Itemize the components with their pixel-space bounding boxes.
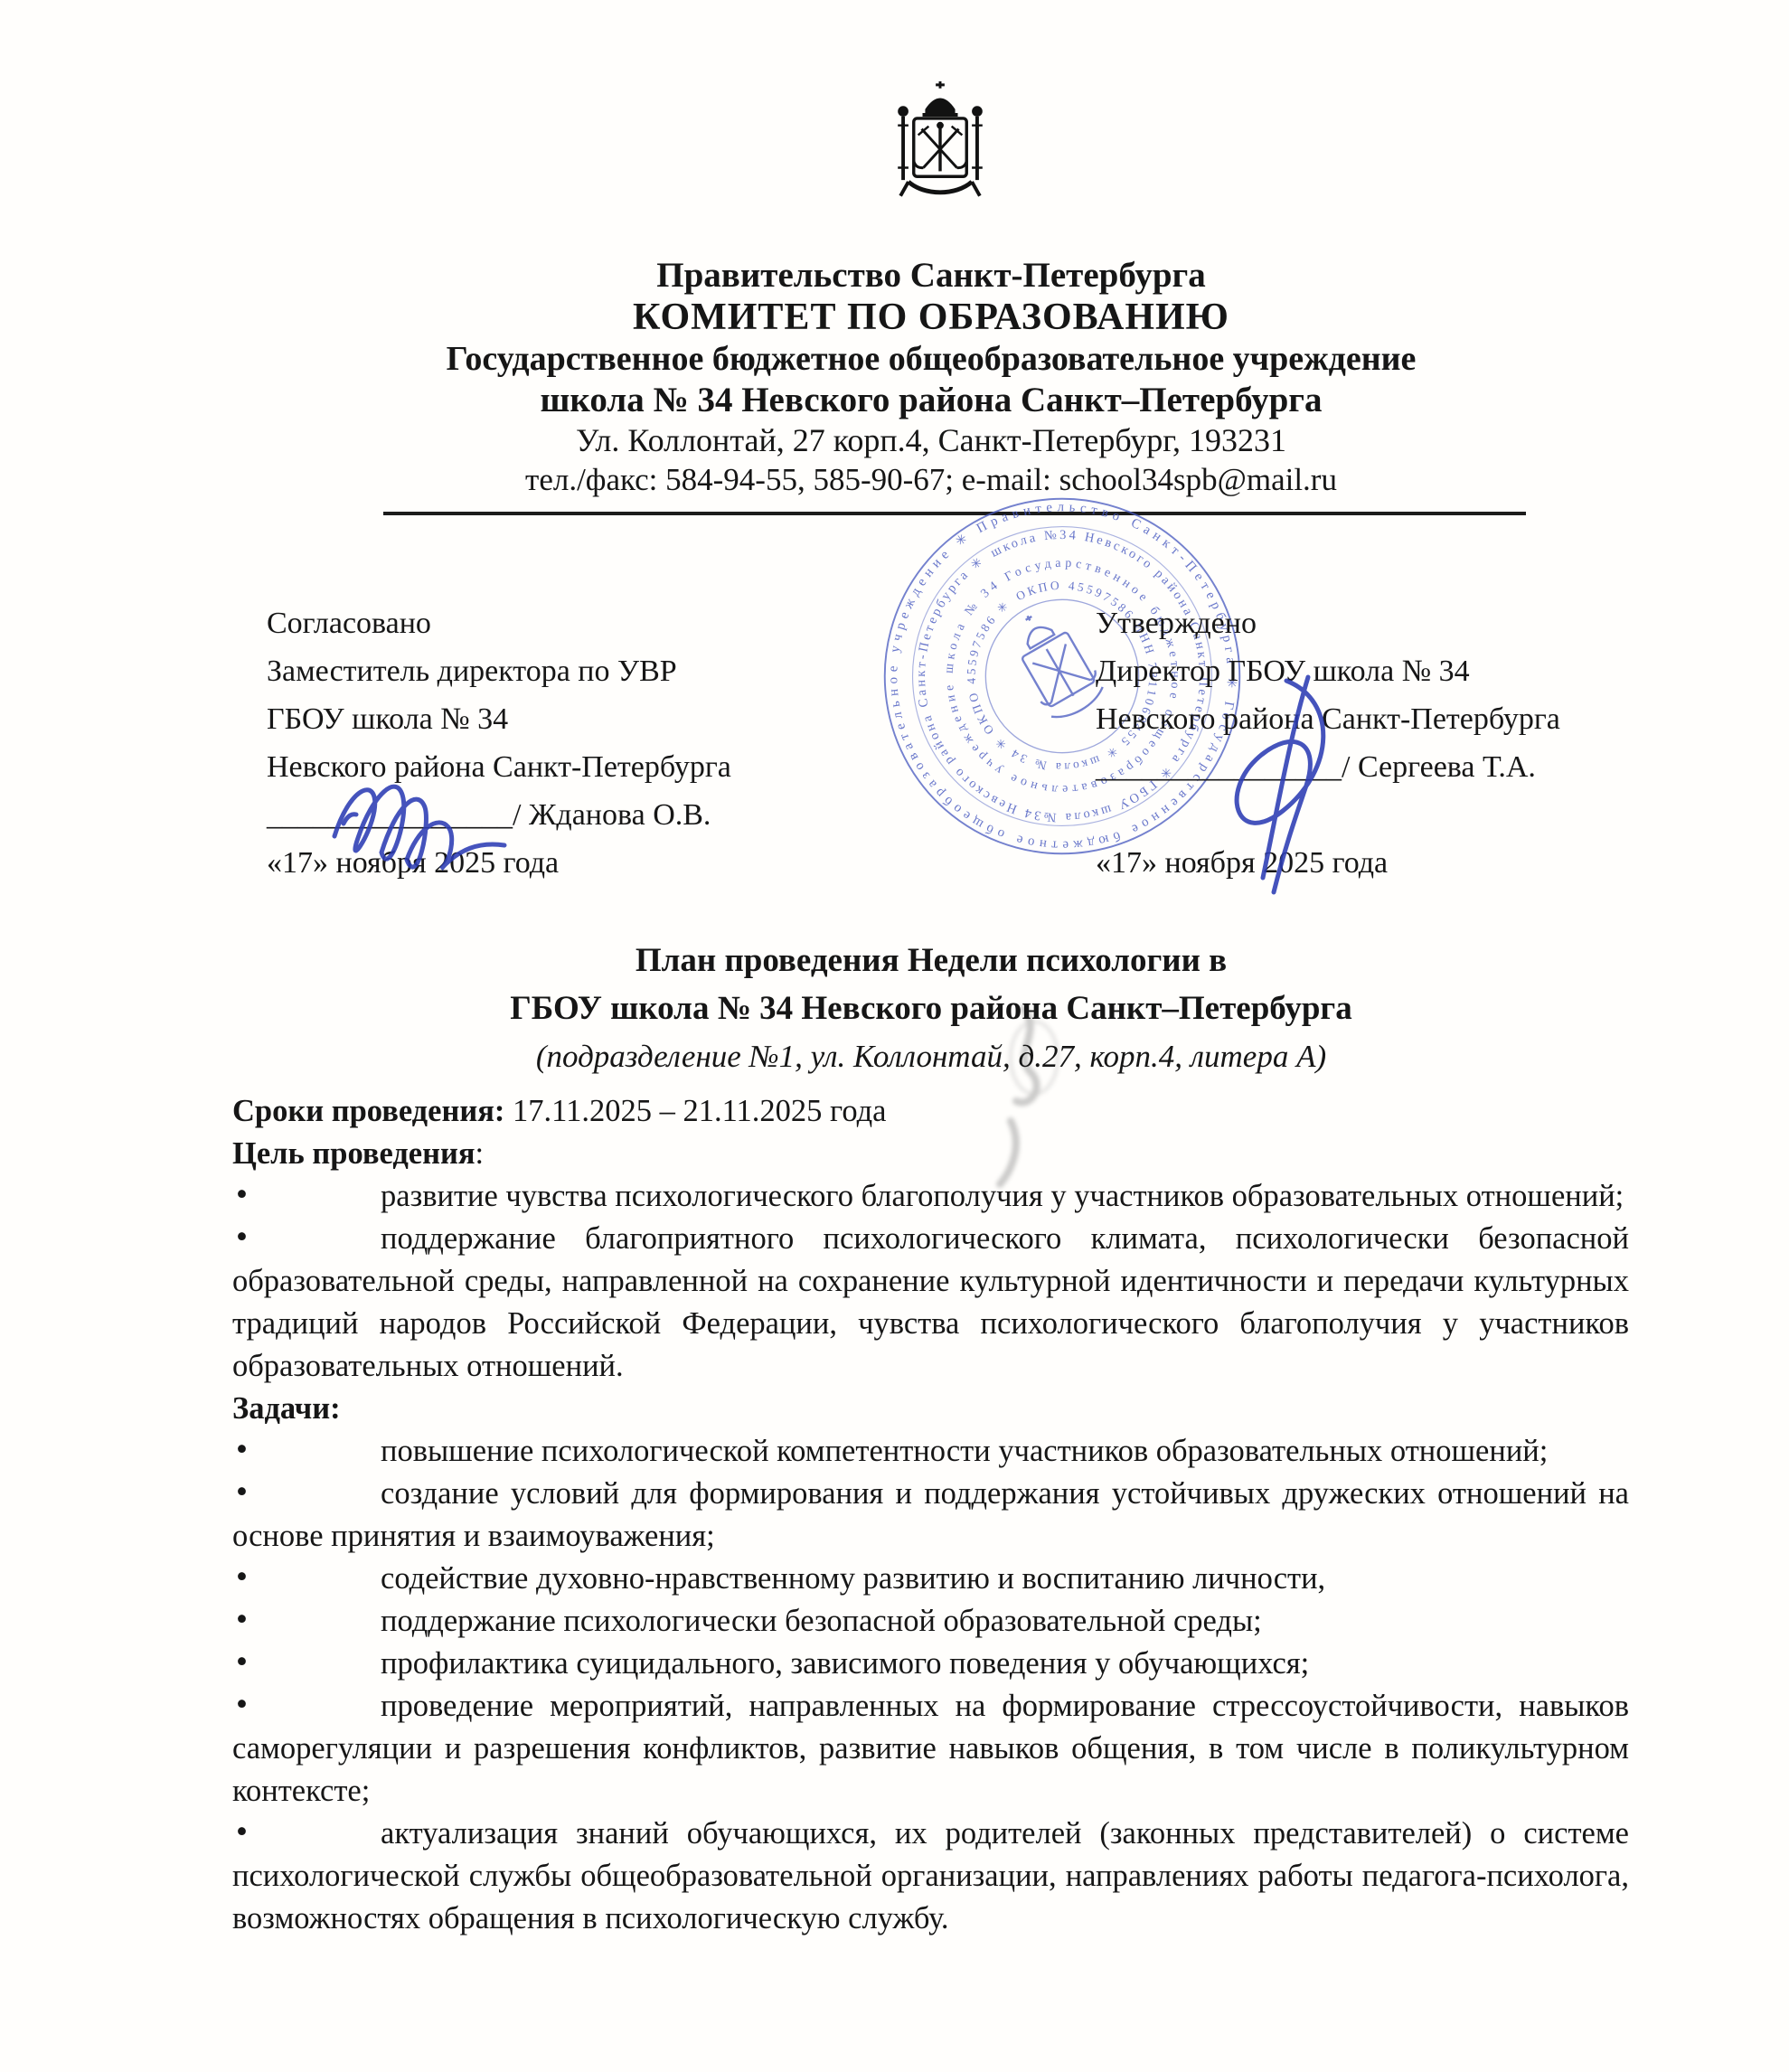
letterhead-address: Ул. Коллонтай, 27 корп.4, Санкт-Петербур…	[163, 420, 1700, 460]
task-item: •профилактика суицидального, зависимого …	[232, 1643, 1629, 1685]
approval-right-position: Директор ГБОУ школа № 34	[1096, 655, 1674, 702]
approval-right-column: Утверждено Директор ГБОУ школа № 34 Невс…	[1096, 607, 1674, 894]
bullet-icon: •	[236, 1598, 248, 1641]
approval-left-position: Заместитель директора по УВР	[267, 655, 936, 702]
title-line-1: План проведения Недели психологии в	[163, 937, 1700, 984]
goal-item: •поддержание благоприятного психологичес…	[232, 1218, 1629, 1388]
letterhead-school: школа № 34 Невского района Санкт–Петербу…	[163, 380, 1700, 420]
spb-coat-of-arms-icon	[868, 80, 1012, 221]
title-line-2: ГБОУ школа № 34 Невского района Санкт–Пе…	[163, 984, 1700, 1032]
bullet-icon: •	[236, 1173, 248, 1216]
approval-right-date: «17» ноября 2025 года	[1096, 846, 1674, 894]
signature-sergeeva-icon	[1198, 663, 1365, 911]
goal-heading: Цель проведения:	[232, 1133, 1629, 1175]
task-item: •поддержание психологически безопасной о…	[232, 1600, 1629, 1643]
letterhead: Правительство Санкт-Петербурга КОМИТЕТ П…	[163, 255, 1700, 500]
bullet-icon: •	[236, 1811, 248, 1853]
document-title: План проведения Недели психологии в ГБОУ…	[163, 937, 1700, 1080]
approval-right-spacer	[1096, 798, 1674, 846]
stamp-coat-of-arms-icon	[1001, 600, 1109, 725]
task-item: •создание условий для формирования и под…	[232, 1473, 1629, 1558]
letterhead-committee: КОМИТЕТ ПО ОБРАЗОВАНИЮ	[163, 297, 1700, 339]
document-body: Сроки проведения: 17.11.2025 – 21.11.202…	[232, 1090, 1629, 1940]
tasks-heading: Задачи:	[232, 1388, 1629, 1430]
bullet-icon: •	[236, 1641, 248, 1683]
approval-left-school: ГБОУ школа № 34	[267, 702, 936, 750]
letterhead-contacts: тел./факс: 584-94-55, 585-90-67; e-mail:…	[163, 460, 1700, 500]
approval-right-signature-line: ________________/ Сергеева Т.А.	[1096, 750, 1674, 798]
bullet-icon: •	[236, 1556, 248, 1598]
bullet-icon: •	[236, 1428, 248, 1471]
scanned-document-page: Правительство Санкт-Петербурга КОМИТЕТ П…	[0, 0, 1789, 2072]
letterhead-government: Правительство Санкт-Петербурга	[163, 255, 1700, 297]
approval-right-status: Утверждено	[1096, 607, 1674, 655]
dates-paragraph: Сроки проведения: 17.11.2025 – 21.11.202…	[232, 1090, 1629, 1133]
approval-left-status: Согласовано	[267, 607, 936, 655]
bullet-icon: •	[236, 1216, 248, 1258]
letterhead-institution: Государственное бюджетное общеобразовате…	[163, 339, 1700, 380]
task-item: •актуализация знаний обучающихся, их род…	[232, 1813, 1629, 1940]
task-item: •содействие духовно-нравственному развит…	[232, 1558, 1629, 1600]
task-item: •повышение психологической компетентност…	[232, 1430, 1629, 1473]
bullet-icon: •	[236, 1471, 248, 1513]
task-item: •проведение мероприятий, направленных на…	[232, 1685, 1629, 1813]
approval-right-district: Невского района Санкт-Петербурга	[1096, 702, 1674, 750]
header-divider-line	[383, 512, 1526, 515]
goal-item: •развитие чувства психологического благо…	[232, 1175, 1629, 1218]
bullet-icon: •	[236, 1683, 248, 1726]
title-subdivision-line: (подразделение №1, ул. Коллонтай, д.27, …	[163, 1032, 1700, 1080]
signature-zhdanova-icon	[325, 753, 524, 898]
